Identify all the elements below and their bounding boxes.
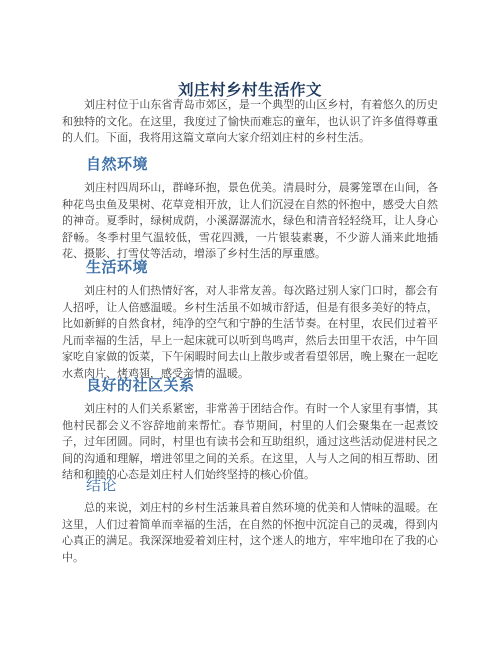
section-heading-living: 生活环境 <box>86 256 148 277</box>
intro-paragraph: 刘庄村位于山东省青岛市郊区，是一个典型的山区乡村，有着悠久的历史和独特的文化。在… <box>62 97 438 147</box>
section-heading-nature: 自然环境 <box>86 153 148 174</box>
section-heading-community: 良好的社区关系 <box>86 374 195 395</box>
section-paragraph-nature: 刘庄村四周环山，群峰环抱，景色优美。清晨时分，晨雾笼罩在山间，各种花鸟虫鱼及果树… <box>62 180 438 263</box>
document-page: 刘庄村乡村生活作文 刘庄村位于山东省青岛市郊区，是一个典型的山区乡村，有着悠久的… <box>0 0 500 647</box>
section-heading-conclusion: 结论 <box>86 474 117 495</box>
section-paragraph-conclusion: 总的来说，刘庄村的乡村生活兼具着自然环境的优美和人情味的温暖。在这里，人们过着简… <box>62 500 438 566</box>
section-paragraph-community: 刘庄村的人们关系紧密，非常善于团结合作。有时一个人家里有事情，其他村民都会义不容… <box>62 401 438 484</box>
section-paragraph-living: 刘庄村的人们热情好客，对人非常友善。每次路过别人家门口时，都会有人招呼，让人倍感… <box>62 283 438 383</box>
